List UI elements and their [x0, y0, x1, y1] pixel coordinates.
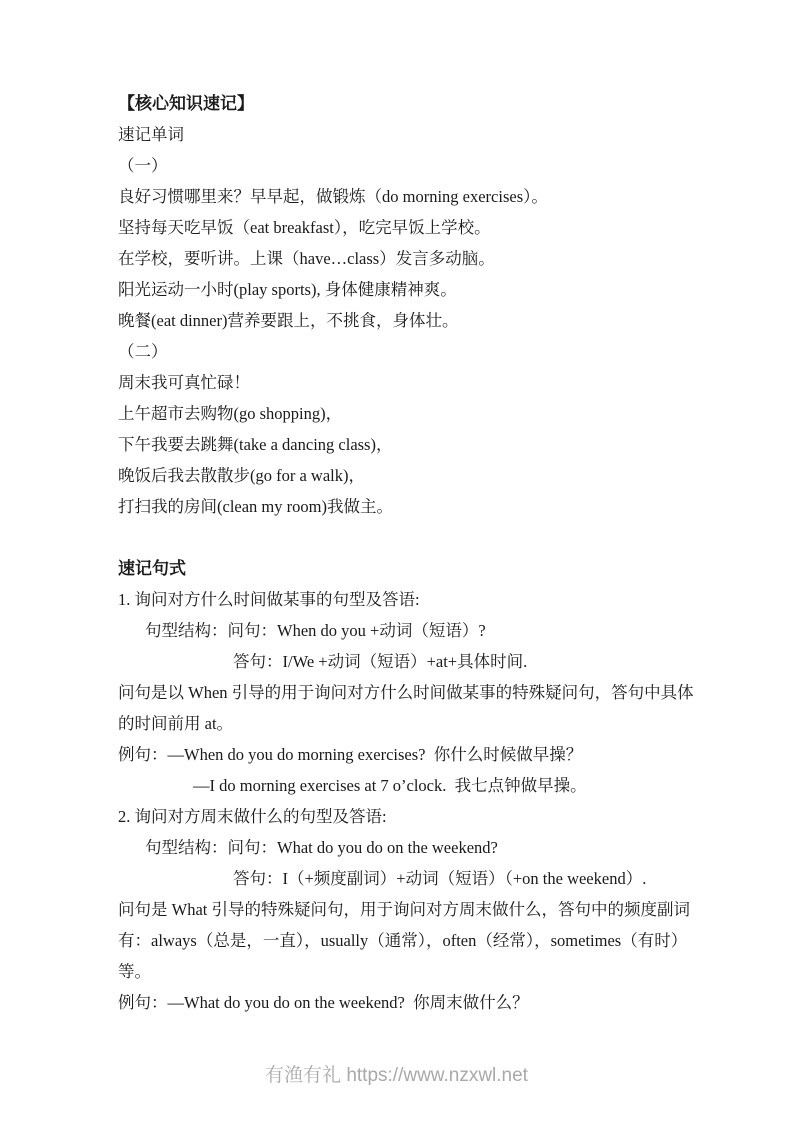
- pattern1-example-answer: —I do morning exercises at 7 o’clock. 我七…: [118, 770, 681, 801]
- pattern2-structure-answer: 答句：I（+频度副词）+动词（短语）（+on the weekend）.: [118, 863, 681, 894]
- part1-rhyme-line: 坚持每天吃早饭（eat breakfast），吃完早饭上学校。: [118, 212, 681, 243]
- part2-rhyme-line: 上午超市去购物(go shopping)，: [118, 398, 681, 429]
- pattern1-explanation-line: 问句是以 When 引导的用于询问对方什么时间做某事的特殊疑问句，答句中具体: [118, 677, 681, 708]
- page-title: 【核心知识速记】: [118, 88, 681, 119]
- pattern1-structure-question: 句型结构：问句：When do you +动词（短语）?: [118, 615, 681, 646]
- pattern2-heading: 2. 询问对方周末做什么的句型及答语:: [118, 801, 681, 832]
- pattern1-explanation-line: 的时间前用 at。: [118, 708, 681, 739]
- pattern2-structure-question: 句型结构：问句：What do you do on the weekend?: [118, 832, 681, 863]
- pattern2-explanation-line: 有：always（总是，一直），usually（通常），often（经常），so…: [118, 925, 681, 956]
- part1-rhyme-line: 晚餐(eat dinner)营养要跟上，不挑食，身体壮。: [118, 305, 681, 336]
- blank-line: [118, 522, 681, 553]
- part2-rhyme-line: 下午我要去跳舞(take a dancing class)，: [118, 429, 681, 460]
- pattern1-example-question: 例句：—When do you do morning exercises? 你什…: [118, 739, 681, 770]
- document-page: 【核心知识速记】 速记单词 （一） 良好习惯哪里来？早早起，做锻炼（do mor…: [0, 0, 793, 1122]
- pattern2-example-question: 例句：—What do you do on the weekend? 你周末做什…: [118, 987, 681, 1018]
- pattern1-heading: 1. 询问对方什么时间做某事的句型及答语:: [118, 584, 681, 615]
- patterns-section-title: 速记句式: [118, 553, 681, 584]
- part2-rhyme-line: 打扫我的房间(clean my room)我做主。: [118, 491, 681, 522]
- part2-rhyme-line: 周末我可真忙碌！: [118, 367, 681, 398]
- document-content: 【核心知识速记】 速记单词 （一） 良好习惯哪里来？早早起，做锻炼（do mor…: [118, 88, 681, 1018]
- part2-label: （二）: [118, 336, 681, 367]
- part1-rhyme-line: 在学校，要听讲。上课（have…class）发言多动脑。: [118, 243, 681, 274]
- footer-watermark: 有渔有礼 https://www.nzxwl.net: [265, 1065, 528, 1086]
- words-section-title: 速记单词: [118, 119, 681, 150]
- part1-label: （一）: [118, 150, 681, 181]
- part1-rhyme-line: 阳光运动一小时(play sports), 身体健康精神爽。: [118, 274, 681, 305]
- footer: 有渔有礼 https://www.nzxwl.net: [0, 1060, 793, 1087]
- pattern2-explanation-line: 问句是 What 引导的特殊疑问句，用于询问对方周末做什么，答句中的频度副词: [118, 894, 681, 925]
- pattern2-explanation-line: 等。: [118, 956, 681, 987]
- part1-rhyme-line: 良好习惯哪里来？早早起，做锻炼（do morning exercises）。: [118, 181, 681, 212]
- part2-rhyme-line: 晚饭后我去散散步(go for a walk)，: [118, 460, 681, 491]
- pattern1-structure-answer: 答句：I/We +动词（短语）+at+具体时间.: [118, 646, 681, 677]
